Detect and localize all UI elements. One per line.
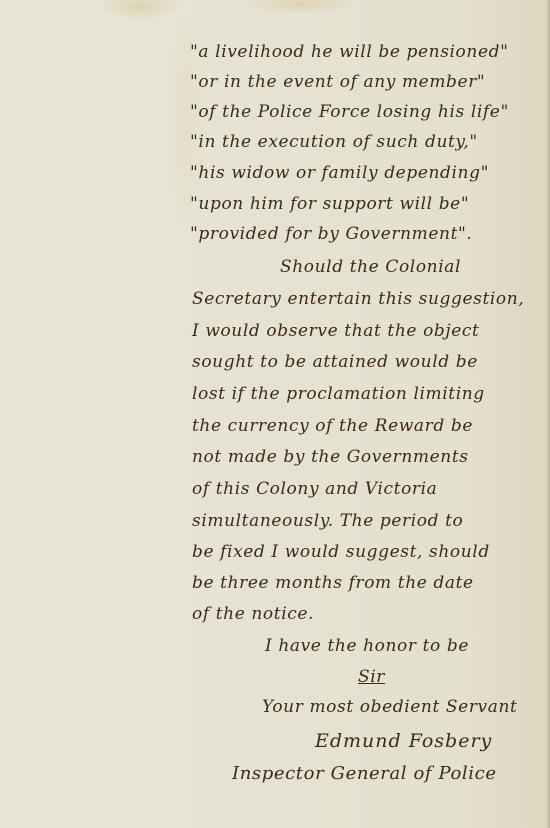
body-line-11: sought to be attained would be <box>192 352 478 372</box>
body-line-13: the currency of the Reward be <box>192 416 473 436</box>
signature-name: Edmund Fosbery <box>315 730 492 752</box>
body-line-19: of the notice. <box>192 604 314 624</box>
closing-line: I have the honor to be <box>265 636 469 656</box>
closing-servant-line: Your most obedient Servant <box>262 697 517 717</box>
body-line-7: "provided for by Government". <box>190 224 472 244</box>
body-line-14: not made by the Governments <box>192 447 469 467</box>
body-line-1: "a livelihood he will be pensioned" <box>190 42 509 62</box>
body-line-8: Should the Colonial <box>280 257 461 277</box>
body-line-12: lost if the proclamation limiting <box>192 384 485 404</box>
letter-body: "a livelihood he will be pensioned" "or … <box>0 0 550 828</box>
body-line-16: simultaneously. The period to <box>192 511 463 531</box>
body-line-17: be fixed I would suggest, should <box>192 542 490 562</box>
body-line-3: "of the Police Force losing his life" <box>190 102 509 122</box>
signature-title: Inspector General of Police <box>232 763 497 784</box>
body-line-18: be three months from the date <box>192 573 474 593</box>
closing-salutation: Sir <box>358 667 385 687</box>
body-line-15: of this Colony and Victoria <box>192 479 437 499</box>
body-line-9: Secretary entertain this suggestion, <box>192 289 524 309</box>
body-line-10: I would observe that the object <box>192 321 479 341</box>
document-page: "a livelihood he will be pensioned" "or … <box>0 0 550 828</box>
body-line-2: "or in the event of any member" <box>190 72 485 92</box>
body-line-4: "in the execution of such duty," <box>190 132 478 152</box>
body-line-5: "his widow or family depending" <box>190 163 489 183</box>
body-line-6: "upon him for support will be" <box>190 194 469 214</box>
